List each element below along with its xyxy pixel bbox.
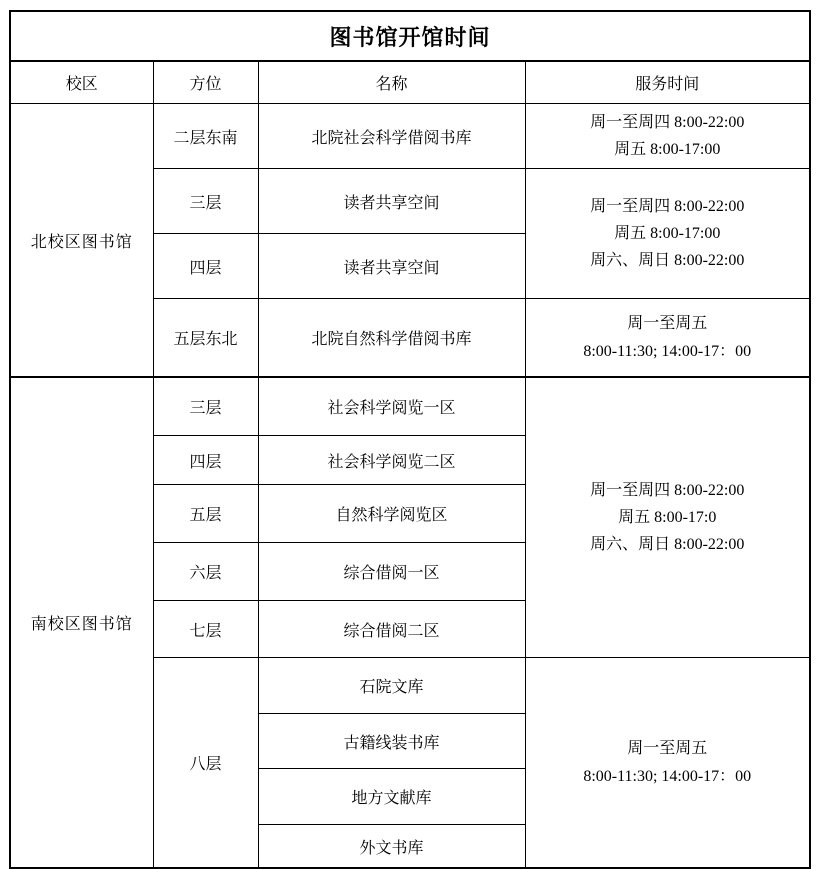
column-header-hours: 服务时间 <box>525 61 810 104</box>
table-row: 南校区图书馆 三层 社会科学阅览一区 周一至周四 8:00-22:00 周五 8… <box>10 377 810 436</box>
name-cell: 读者共享空间 <box>258 234 525 299</box>
hours-cell: 周一至周四 8:00-22:00 周五 8:00-17:0 周六、周日 8:00… <box>525 377 810 658</box>
name-cell: 综合借阅二区 <box>258 601 525 658</box>
name-cell: 读者共享空间 <box>258 169 525 234</box>
hours-cell: 周一至周五 8:00-11:30; 14:00-17：00 <box>525 299 810 378</box>
hours-cell: 周一至周四 8:00-22:00 周五 8:00-17:00 <box>525 104 810 169</box>
name-cell: 石院文库 <box>258 658 525 714</box>
name-cell: 社会科学阅览二区 <box>258 436 525 485</box>
name-cell: 北院自然科学借阅书库 <box>258 299 525 378</box>
page-title: 图书馆开馆时间 <box>10 11 810 61</box>
location-cell: 五层东北 <box>153 299 258 378</box>
campus-cell-south: 南校区图书馆 <box>10 377 153 868</box>
hours-cell: 周一至周四 8:00-22:00 周五 8:00-17:00 周六、周日 8:0… <box>525 169 810 299</box>
location-cell: 八层 <box>153 658 258 869</box>
name-cell: 古籍线装书库 <box>258 714 525 769</box>
name-cell: 北院社会科学借阅书库 <box>258 104 525 169</box>
location-cell: 四层 <box>153 234 258 299</box>
location-cell: 三层 <box>153 169 258 234</box>
name-cell: 地方文献库 <box>258 769 525 825</box>
table-row: 北校区图书馆 二层东南 北院社会科学借阅书库 周一至周四 8:00-22:00 … <box>10 104 810 169</box>
campus-cell-north: 北校区图书馆 <box>10 104 153 378</box>
name-cell: 综合借阅一区 <box>258 543 525 601</box>
column-header-name: 名称 <box>258 61 525 104</box>
column-header-location: 方位 <box>153 61 258 104</box>
table-title-row: 图书馆开馆时间 <box>10 11 810 61</box>
location-cell: 四层 <box>153 436 258 485</box>
location-cell: 二层东南 <box>153 104 258 169</box>
location-cell: 五层 <box>153 485 258 543</box>
location-cell: 六层 <box>153 543 258 601</box>
column-header-campus: 校区 <box>10 61 153 104</box>
location-cell: 七层 <box>153 601 258 658</box>
location-cell: 三层 <box>153 377 258 436</box>
name-cell: 自然科学阅览区 <box>258 485 525 543</box>
page: 图书馆开馆时间 校区 方位 名称 服务时间 北校区图书馆 二层东南 北院社会科学… <box>0 0 819 835</box>
name-cell: 外文书库 <box>258 825 525 869</box>
table-header-row: 校区 方位 名称 服务时间 <box>10 61 810 104</box>
library-hours-table: 图书馆开馆时间 校区 方位 名称 服务时间 北校区图书馆 二层东南 北院社会科学… <box>9 10 811 869</box>
name-cell: 社会科学阅览一区 <box>258 377 525 436</box>
hours-cell: 周一至周五 8:00-11:30; 14:00-17：00 <box>525 658 810 869</box>
